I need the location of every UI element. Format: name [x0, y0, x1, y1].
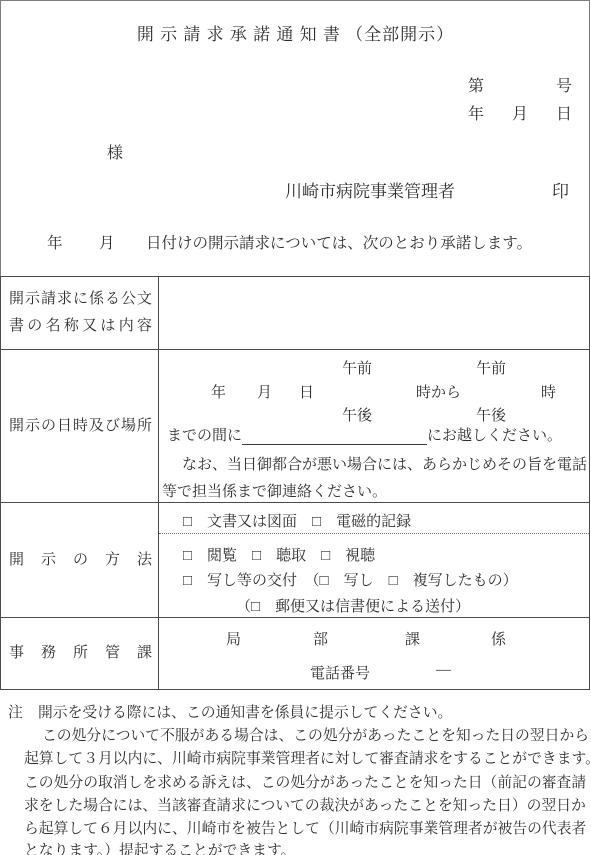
method-options-media: □ 文書又は図面 □ 電磁的記録 [183, 510, 411, 531]
day-label: 日 [299, 381, 314, 402]
pm-label-left: 午後 [342, 404, 372, 425]
date-year-label: 年 [468, 101, 484, 124]
table-row-datetime-place: 開示の日時及び場所 午前 午前 年 月 日 時から 時 午後 午後 までの間にに… [1, 349, 589, 502]
intro-sentence: 日付けの開示請求については、次のとおり承諾します。 [146, 231, 532, 253]
time-to-label: 時 [541, 381, 556, 402]
section-label: 課 [405, 628, 420, 649]
document-title: 開 示 請 求 承 諾 通 知 書 （全部開示） [0, 20, 591, 45]
row3-value-cell: □ 文書又は図面 □ 電磁的記録 □ 閲覧 □ 聴取 □ 視聴 □ 写し等の交付… [159, 503, 589, 617]
row1-header-line2: 書の名称又は内容 [9, 313, 152, 340]
document-page: 開 示 請 求 承 諾 通 知 書 （全部開示） 第 号 年 月 日 様 川崎市… [0, 0, 591, 855]
addressee-suffix: 様 [107, 140, 123, 163]
notification-table: 開示請求に係る公文 書の名称又は内容 開示の日時及び場所 午前 午前 年 月 日… [0, 276, 590, 690]
pm-label-right: 午後 [476, 404, 506, 425]
doc-number-suffix: 号 [556, 73, 572, 96]
place-blank-field [242, 427, 427, 445]
note-line5: 求をした場合には、当該審査請求についての裁決があったことを知った日）の翌日か [24, 794, 586, 815]
note-line1: 開示を受ける際には、この通知書を係員に提示してください。 [38, 701, 452, 722]
row1-value-cell [159, 277, 589, 349]
contact-note-line1: なお、当日御都合が悪い場合には、あらかじめその旨を電話 [182, 453, 587, 474]
note-line2: この処分について不服がある場合は、この処分があったことを知った日の翌日から [42, 724, 589, 745]
bureau-label: 局 [226, 628, 241, 649]
method-options-mail: （□ 郵便又は信書便による送付） [236, 595, 470, 616]
seal-mark: 印 [552, 177, 569, 202]
phone-label: 電話番号 [310, 662, 370, 683]
phone-dash: ― [436, 662, 451, 679]
department-label: 部 [313, 628, 328, 649]
row1-header-line1: 開示請求に係る公文 [9, 286, 152, 313]
doc-number-prefix: 第 [468, 73, 484, 96]
until-prefix: までの間に [167, 424, 242, 445]
note-marker: 注 [8, 701, 23, 722]
row1-header: 開示請求に係る公文 書の名称又は内容 [1, 277, 159, 349]
note-line7: となります。）提起することができます。 [24, 839, 295, 855]
method-options-view: □ 閲覧 □ 聴取 □ 視聴 [183, 544, 375, 565]
date-month-label: 月 [512, 101, 528, 124]
method-options-copy: □ 写し等の交付 （□ 写し □ 複写したもの） [183, 569, 518, 590]
subsection-label: 係 [491, 628, 506, 649]
note-line4: この処分の取消しを求める訴えは、この処分があったことを知った日（前記の審査請 [24, 771, 586, 792]
am-label-left: 午前 [342, 357, 372, 378]
row2-header: 開示の日時及び場所 [1, 350, 159, 502]
until-suffix: にお越しください。 [427, 424, 562, 445]
intro-month-label: 月 [99, 231, 115, 253]
date-day-label: 日 [556, 101, 572, 124]
month-label: 月 [257, 381, 272, 402]
table-row-office: 事務所管課 局 部 課 係 電話番号 ― [1, 617, 589, 689]
time-from-label: 時から [416, 381, 461, 402]
issuer-name: 川崎市病院事業管理者 [285, 177, 455, 202]
dotted-separator [159, 533, 589, 534]
am-label-right: 午前 [476, 357, 506, 378]
intro-year-label: 年 [47, 231, 63, 253]
row3-header: 開示の方法 [1, 503, 159, 617]
year-label: 年 [211, 381, 226, 402]
table-row-method: 開示の方法 □ 文書又は図面 □ 電磁的記録 □ 閲覧 □ 聴取 □ 視聴 □ … [1, 502, 589, 617]
note-line6: ら起算して６月以内に、川崎市を被告として（川崎市病院事業管理者が被告の代表者 [24, 817, 586, 838]
note-line3: 起算して３月以内に、川崎市病院事業管理者に対して審査請求をすることができます。 [24, 747, 591, 768]
contact-note-line2: 等で担当係まで御連絡ください。 [162, 480, 387, 501]
row4-value-cell: 局 部 課 係 電話番号 ― [159, 618, 589, 689]
row2-value-cell: 午前 午前 年 月 日 時から 時 午後 午後 までの間ににお越しください。 な… [159, 350, 589, 502]
row4-header: 事務所管課 [1, 618, 159, 689]
visit-line: までの間ににお越しください。 [167, 424, 562, 445]
table-row-document-name: 開示請求に係る公文 書の名称又は内容 [1, 277, 589, 349]
